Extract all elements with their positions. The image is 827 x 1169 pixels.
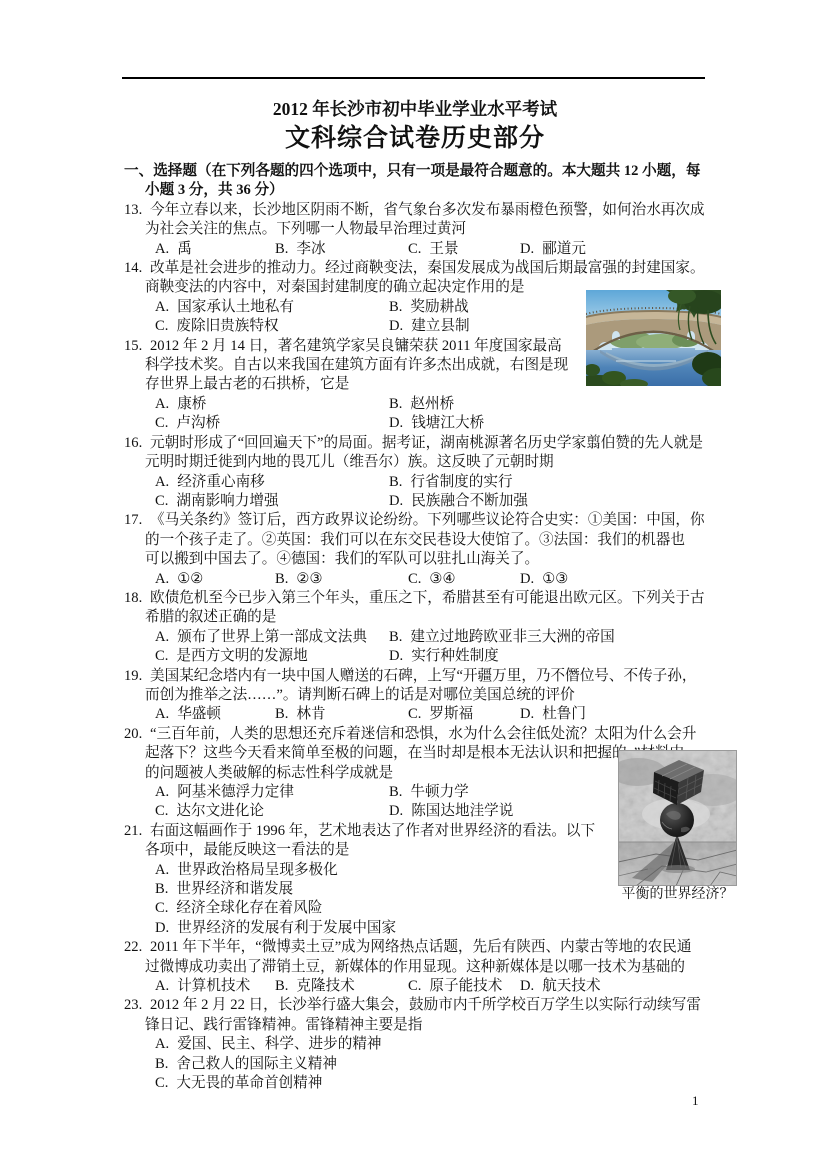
stem-text: 2011 年下半年，“微博卖土豆”成为网络热点话题，先后有陕西、内蒙古等地的农民… — [150, 939, 691, 955]
option: B.②③ — [275, 570, 408, 589]
exam-subtitle: 文科综合试卷历史部分 — [124, 122, 706, 156]
option: A.爱国、民主、科学、进步的精神 — [155, 1035, 382, 1054]
question-stem-line: 19.美国某纪念塔内有一块中国人赠送的石碑，上写“开疆万里，乃不僭位号、不传子孙… — [124, 667, 706, 686]
option-label: C. — [408, 977, 421, 996]
section-header: 一、选择题（在下列各题的四个选项中，只有一项是最符合题意的。本大题共 12 小题… — [145, 162, 706, 201]
stem-text: 2012 年 2 月 22 日，长沙举行盛大集会，鼓励市内千所学校百万学生以实际… — [150, 997, 701, 1013]
question-stem-line: 16.元朝时形成了“回回遍天下”的局面。据考证，湖南桃源著名历史学家翦伯赞的先人… — [124, 434, 706, 453]
option-label: C. — [155, 414, 168, 433]
option-label: B. — [275, 705, 288, 724]
stem-text: 改革是社会进步的推动力。经过商鞅变法，秦国发展成为战国后期最富强的封建国家。 — [150, 260, 705, 276]
option-text: 世界经济的发展有利于发展中国家 — [177, 920, 396, 936]
option-text: 是西方文明的发源地 — [176, 648, 307, 664]
option: D.民族融合不断加强 — [389, 492, 528, 511]
question-stem-line: 18.欧债危机至今已步入第三个年头，重压之下，希腊甚至有可能退出欧元区。下列关于… — [124, 589, 706, 608]
option: D.实行种姓制度 — [389, 647, 499, 666]
option-text: 禹 — [177, 241, 192, 257]
option: D.陈国达地洼学说 — [389, 802, 513, 821]
option: A.国家承认土地私有 — [155, 298, 389, 317]
option-text: 经济重心南移 — [177, 474, 265, 490]
stem-text: 美国某纪念塔内有一块中国人赠送的石碑，上写“开疆万里，乃不僭位号、不传子孙， — [150, 668, 696, 684]
option-label: B. — [275, 570, 288, 589]
zhaozhou-bridge-photo — [586, 290, 721, 386]
option-label: C. — [155, 492, 168, 511]
question-stem-line: 13.今年立春以来，长沙地区阴雨不断，省气象台多次发布暴雨橙色预警，如何治水再次… — [124, 201, 706, 220]
exam-paper-page: 2012 年长沙市初中毕业学业水平考试 文科综合试卷历史部分 一、选择题（在下列… — [0, 0, 827, 1169]
option-label: B. — [389, 298, 402, 317]
question-stem-line: 20.“三百年前，人类的思想还充斥着迷信和恐惧，水为什么会往低处流？太阳为什么会… — [124, 725, 706, 744]
option: B.李冰 — [275, 240, 408, 259]
question-stem-line: 可以搬到中国去了。④德国：我们的军队可以驻扎山海关了。 — [124, 550, 706, 569]
option: B.建立过地跨欧亚非三大洲的帝国 — [389, 628, 615, 647]
option: D.郦道元 — [520, 240, 586, 259]
question-number: 18. — [124, 589, 150, 608]
question-number: 20. — [124, 725, 150, 744]
option-label: B. — [275, 977, 288, 996]
question-18: 18.欧债危机至今已步入第三个年头，重压之下，希腊甚至有可能退出欧元区。下列关于… — [124, 589, 706, 667]
option-label: D. — [520, 977, 534, 996]
stem-text: 科学技术奖。自古以来我国在建筑方面有许多杰出成就，右图是现 — [145, 357, 568, 373]
options-row: B.舍己救人的国际主义精神 — [124, 1055, 706, 1074]
option-label: A. — [155, 570, 169, 589]
option: A.华盛顿 — [155, 705, 275, 724]
option: B.世界经济和谐发展 — [155, 880, 293, 899]
question-number: 14. — [124, 259, 150, 278]
option-label: A. — [155, 1035, 169, 1054]
page-number: 1 — [692, 1093, 699, 1109]
stem-text: 各项中，最能反映这一看法的是 — [145, 842, 349, 858]
options-row: A.计算机技术B.克隆技术C.原子能技术D.航天技术 — [124, 977, 706, 996]
options-row: A.颁布了世界上第一部成文法典B.建立过地跨欧亚非三大洲的帝国 — [124, 628, 706, 647]
option-text: 达尔文进化论 — [176, 803, 264, 819]
question-17: 17.《马关条约》签订后，西方政界议论纷纷。下列哪些议论符合史实：①美国：中国，… — [124, 511, 706, 589]
question-number: 19. — [124, 667, 150, 686]
option: C.王景 — [408, 240, 520, 259]
option-text: 奖励耕战 — [410, 299, 468, 315]
option-label: A. — [155, 705, 169, 724]
option: B.舍己救人的国际主义精神 — [155, 1055, 337, 1074]
option: B.克隆技术 — [275, 977, 408, 996]
option-text: 华盛顿 — [177, 706, 221, 722]
option-text: 杜鲁门 — [542, 706, 586, 722]
option-label: C. — [155, 647, 168, 666]
option-text: 行省制度的实行 — [410, 474, 512, 490]
option-text: 民族融合不断加强 — [411, 493, 528, 509]
stem-text: 欧债危机至今已步入第三个年头，重压之下，希腊甚至有可能退出欧元区。下列关于古 — [150, 590, 705, 606]
exam-title: 2012 年长沙市初中毕业学业水平考试 — [124, 96, 706, 122]
option-label: D. — [389, 492, 403, 511]
option: C.③④ — [408, 570, 520, 589]
option-text: 国家承认土地私有 — [177, 299, 294, 315]
stem-text: 起落下？这些今天看来简单至极的问题，在当时却是根本无法认识和把握的。”材料中 — [145, 745, 684, 761]
options-row: C.卢沟桥D.钱塘江大桥 — [124, 414, 706, 433]
option-text: 阿基米德浮力定律 — [177, 784, 294, 800]
stem-text: 右面这幅画作于 1996 年，艺术地表达了作者对世界经济的看法。以下 — [150, 823, 595, 839]
option-text: 建立县制 — [411, 318, 469, 334]
option: D.钱塘江大桥 — [389, 414, 484, 433]
question-stem-line: 过微博成功卖出了滞销土豆，新媒体的作用显现。这种新媒体是以哪一技术为基础的 — [124, 958, 706, 977]
question-number: 21. — [124, 822, 150, 841]
option-text: 王景 — [429, 241, 458, 257]
stem-text: 锋日记、践行雷锋精神。雷锋精神主要是指 — [145, 1017, 422, 1033]
stem-text: 的问题被人类破解的标志性科学成就是 — [145, 765, 393, 781]
stem-text: 而创为推举之法……”。请判断石碑上的话是对哪位美国总统的评价 — [145, 687, 575, 703]
option-text: 建立过地跨欧亚非三大洲的帝国 — [410, 629, 614, 645]
artwork-caption: 平衡的世界经济？ — [612, 886, 743, 904]
option-text: ③④ — [429, 571, 455, 587]
option-label: C. — [155, 899, 168, 918]
option-label: A. — [155, 240, 169, 259]
option: B.奖励耕战 — [389, 298, 469, 317]
options-row: D.世界经济的发展有利于发展中国家 — [124, 919, 706, 938]
option: D.航天技术 — [520, 977, 601, 996]
stem-text: 希腊的叙述正确的是 — [145, 609, 276, 625]
option: C.湖南影响力增强 — [155, 492, 389, 511]
options-row: C.是西方文明的发源地D.实行种姓制度 — [124, 647, 706, 666]
option-text: 郦道元 — [542, 241, 586, 257]
option-label: B. — [155, 1055, 168, 1074]
option: C.经济全球化存在着风险 — [155, 899, 322, 918]
question-stem-line: 的一个孩子走了。②英国：我们可以在东交民巷设大使馆了。③法国：我们的机器也 — [124, 531, 706, 550]
option: A.世界政治格局呈现多极化 — [155, 861, 338, 880]
option-label: C. — [408, 570, 421, 589]
option: B.行省制度的实行 — [389, 473, 513, 492]
option-text: 航天技术 — [542, 978, 600, 994]
option-label: D. — [389, 802, 403, 821]
options-row: C.大无畏的革命首创精神 — [124, 1074, 706, 1093]
option-text: ②③ — [296, 571, 322, 587]
stem-text: 元朝时形成了“回回遍天下”的局面。据考证，湖南桃源著名历史学家翦伯赞的先人就是 — [150, 435, 703, 451]
stem-text: 的一个孩子走了。②英国：我们可以在东交民巷设大使馆了。③法国：我们的机器也 — [145, 532, 685, 548]
option-text: 赵州桥 — [410, 396, 454, 412]
option-label: B. — [389, 628, 402, 647]
option-text: 卢沟桥 — [176, 415, 220, 431]
option-text: 钱塘江大桥 — [411, 415, 484, 431]
option-label: B. — [389, 783, 402, 802]
question-23: 23.2012 年 2 月 22 日，长沙举行盛大集会，鼓励市内千所学校百万学生… — [124, 996, 706, 1093]
option: D.世界经济的发展有利于发展中国家 — [155, 919, 396, 938]
option: A.康桥 — [155, 395, 389, 414]
option-text: 牛顿力学 — [410, 784, 468, 800]
option-text: 克隆技术 — [296, 978, 354, 994]
question-19: 19.美国某纪念塔内有一块中国人赠送的石碑，上写“开疆万里，乃不僭位号、不传子孙… — [124, 667, 706, 725]
option: A.计算机技术 — [155, 977, 275, 996]
option: D.杜鲁门 — [520, 705, 586, 724]
question-stem-line: 14.改革是社会进步的推动力。经过商鞅变法，秦国发展成为战国后期最富强的封建国家… — [124, 259, 706, 278]
option: C.卢沟桥 — [155, 414, 389, 433]
options-row: A.①②B.②③C.③④D.①③ — [124, 570, 706, 589]
option: C.原子能技术 — [408, 977, 520, 996]
question-stem-line: 为社会关注的焦点。下列哪一人物最早治理过黄河 — [124, 220, 706, 239]
option-text: 罗斯福 — [429, 706, 473, 722]
options-row: A.华盛顿B.林肯C.罗斯福D.杜鲁门 — [124, 705, 706, 724]
option-label: B. — [275, 240, 288, 259]
stem-text: 为社会关注的焦点。下列哪一人物最早治理过黄河 — [145, 221, 466, 237]
option-text: 废除旧贵族特权 — [176, 318, 278, 334]
option-text: 舍己救人的国际主义精神 — [176, 1056, 337, 1072]
option: C.废除旧贵族特权 — [155, 317, 389, 336]
options-row: A.禹B.李冰C.王景D.郦道元 — [124, 240, 706, 259]
question-number: 23. — [124, 996, 150, 1015]
stem-text: 元明时期迁徙到内地的畏兀儿（维吾尔）族。这反映了元朝时期 — [145, 454, 554, 470]
option-text: 湖南影响力增强 — [176, 493, 278, 509]
option-label: C. — [155, 802, 168, 821]
question-stem-line: 希腊的叙述正确的是 — [124, 608, 706, 627]
option: A.经济重心南移 — [155, 473, 389, 492]
option: A.禹 — [155, 240, 275, 259]
question-stem-line: 而创为推举之法……”。请判断石碑上的话是对哪位美国总统的评价 — [124, 686, 706, 705]
stem-text: 今年立春以来，长沙地区阴雨不断，省气象台多次发布暴雨橙色预警，如何治水再次成 — [150, 202, 705, 218]
option-text: 爱国、民主、科学、进步的精神 — [177, 1036, 381, 1052]
option-label: B. — [389, 395, 402, 414]
option: B.牛顿力学 — [389, 783, 469, 802]
option: B.林肯 — [275, 705, 408, 724]
stem-text: 商鞅变法的内容中，对秦国封建制度的确立起决定作用的是 — [145, 279, 524, 295]
option: C.达尔文进化论 — [155, 802, 389, 821]
option-label: D. — [520, 570, 534, 589]
option-text: 经济全球化存在着风险 — [176, 900, 322, 916]
stem-text: 过微博成功卖出了滞销土豆，新媒体的作用显现。这种新媒体是以哪一技术为基础的 — [145, 959, 685, 975]
option-text: ①② — [177, 571, 203, 587]
question-stem-line: 锋日记、践行雷锋精神。雷锋精神主要是指 — [124, 1016, 706, 1035]
option-label: D. — [155, 919, 169, 938]
question-22: 22.2011 年下半年，“微博卖土豆”成为网络热点话题，先后有陕西、内蒙古等地… — [124, 938, 706, 996]
option: A.①② — [155, 570, 275, 589]
option-label: A. — [155, 395, 169, 414]
option-text: ①③ — [542, 571, 568, 587]
option: C.是西方文明的发源地 — [155, 647, 389, 666]
option-label: D. — [520, 705, 534, 724]
option-text: 世界政治格局呈现多极化 — [177, 862, 338, 878]
option-text: 李冰 — [296, 241, 325, 257]
option: D.建立县制 — [389, 317, 470, 336]
question-number: 22. — [124, 938, 150, 957]
option-label: D. — [389, 647, 403, 666]
question-number: 13. — [124, 201, 150, 220]
option-label: D. — [389, 317, 403, 336]
option: B.赵州桥 — [389, 395, 454, 414]
stem-text: 《马关条约》签订后，西方政界议论纷纷。下列哪些议论符合史实：①美国：中国，你 — [150, 512, 705, 528]
option-text: 计算机技术 — [177, 978, 250, 994]
option-text: 世界经济和谐发展 — [176, 881, 293, 897]
stem-text: 2012 年 2 月 14 日，著名建筑学家吴良镛荣获 2011 年度国家最高 — [150, 338, 562, 354]
option-label: A. — [155, 783, 169, 802]
option: C.大无畏的革命首创精神 — [155, 1074, 322, 1093]
option-text: 陈国达地洼学说 — [411, 803, 513, 819]
option: D.①③ — [520, 570, 568, 589]
option-label: B. — [389, 473, 402, 492]
question-13: 13.今年立春以来，长沙地区阴雨不断，省气象台多次发布暴雨橙色预警，如何治水再次… — [124, 201, 706, 259]
option: C.罗斯福 — [408, 705, 520, 724]
option-text: 实行种姓制度 — [411, 648, 499, 664]
option-label: C. — [408, 705, 421, 724]
option-text: 林肯 — [296, 706, 325, 722]
question-number: 15. — [124, 337, 150, 356]
options-row: A.经济重心南移B.行省制度的实行 — [124, 473, 706, 492]
option-label: C. — [155, 317, 168, 336]
option: A.阿基米德浮力定律 — [155, 783, 389, 802]
option-label: A. — [155, 977, 169, 996]
option-label: C. — [408, 240, 421, 259]
option-text: 原子能技术 — [429, 978, 502, 994]
balanced-world-economy-artwork — [618, 750, 737, 886]
options-row: A.康桥B.赵州桥 — [124, 395, 706, 414]
option-text: 康桥 — [177, 396, 206, 412]
option-label: D. — [389, 414, 403, 433]
option-label: C. — [155, 1074, 168, 1093]
question-16: 16.元朝时形成了“回回遍天下”的局面。据考证，湖南桃源著名历史学家翦伯赞的先人… — [124, 434, 706, 512]
option-text: 颁布了世界上第一部成文法典 — [177, 629, 367, 645]
question-number: 16. — [124, 434, 150, 453]
option-label: A. — [155, 298, 169, 317]
stem-text: 可以搬到中国去了。④德国：我们的军队可以驻扎山海关了。 — [145, 551, 539, 567]
question-stem-line: 23.2012 年 2 月 22 日，长沙举行盛大集会，鼓励市内千所学校百万学生… — [124, 996, 706, 1015]
option-label: B. — [155, 880, 168, 899]
stem-text: “三百年前，人类的思想还充斥着迷信和恐惧，水为什么会往低处流？太阳为什么会升 — [150, 726, 696, 742]
option-label: A. — [155, 628, 169, 647]
question-stem-line: 元明时期迁徙到内地的畏兀儿（维吾尔）族。这反映了元朝时期 — [124, 453, 706, 472]
option: A.颁布了世界上第一部成文法典 — [155, 628, 389, 647]
header-divider-line — [122, 77, 705, 79]
option-label: A. — [155, 473, 169, 492]
option-label: D. — [520, 240, 534, 259]
question-stem-line: 22.2011 年下半年，“微博卖土豆”成为网络热点话题，先后有陕西、内蒙古等地… — [124, 938, 706, 957]
option-label: A. — [155, 861, 169, 880]
question-stem-line: 17.《马关条约》签订后，西方政界议论纷纷。下列哪些议论符合史实：①美国：中国，… — [124, 511, 706, 530]
question-number: 17. — [124, 511, 150, 530]
option-text: 大无畏的革命首创精神 — [176, 1075, 322, 1091]
options-row: C.湖南影响力增强D.民族融合不断加强 — [124, 492, 706, 511]
stem-text: 存世界上最古老的石拱桥，它是 — [145, 376, 349, 392]
options-row: A.爱国、民主、科学、进步的精神 — [124, 1035, 706, 1054]
